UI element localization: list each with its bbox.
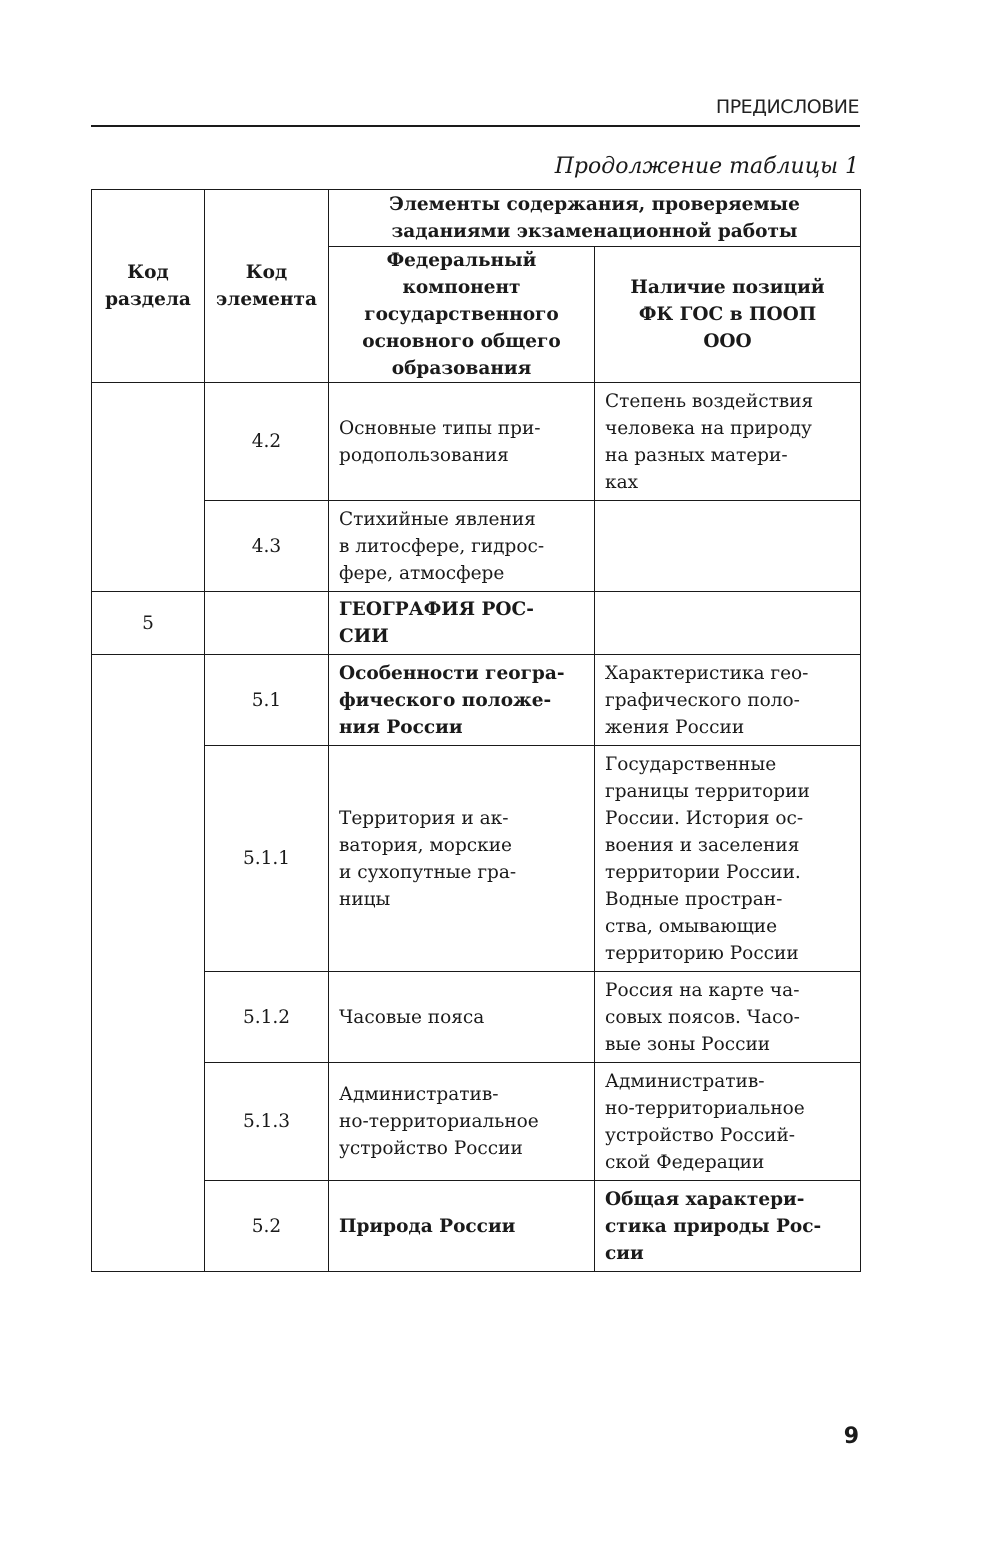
header-element-code: Код элемента: [205, 190, 329, 383]
table-row: 5.1.2 Часовые пояса Россия на карте ча- …: [92, 972, 861, 1063]
header-content-elements: Элементы содержания, проверяемые задания…: [329, 190, 861, 247]
section-code-cell: 5: [92, 592, 205, 655]
table-row: 5.1.3 Административ- но-территориальное …: [92, 1063, 861, 1181]
federal-cell: ГЕОГРАФИЯ РОС- СИИ: [329, 592, 595, 655]
federal-cell: Природа России: [329, 1181, 595, 1272]
poop-cell: [595, 501, 861, 592]
federal-cell: Особенности геогра- фического положе- ни…: [329, 655, 595, 746]
header-rule: [91, 125, 860, 127]
header-section-code: Код раздела: [92, 190, 205, 383]
element-code-cell: 5.1: [205, 655, 329, 746]
table-caption: Продолжение таблицы 1: [480, 154, 859, 179]
poop-cell: Административ- но-территориальное устрой…: [595, 1063, 861, 1181]
element-code-cell: 4.2: [205, 383, 329, 501]
federal-cell: Основные типы при- родопользования: [329, 383, 595, 501]
table-row: 4.2 Основные типы при- родопользования С…: [92, 383, 861, 501]
running-head: ПРЕДИСЛОВИЕ: [700, 96, 859, 118]
page-number: 9: [800, 1424, 859, 1449]
table-row: 5.1 Особенности геогра- фического положе…: [92, 655, 861, 746]
content-table: Код раздела Код элемента Элементы содерж…: [91, 189, 861, 1272]
element-code-cell: 5.1.3: [205, 1063, 329, 1181]
federal-cell: Территория и ак- ватория, морские и сухо…: [329, 746, 595, 972]
section-code-cell: [92, 383, 205, 592]
poop-cell: Характеристика гео- графического поло- ж…: [595, 655, 861, 746]
element-code-cell: 5.2: [205, 1181, 329, 1272]
table-row: 4.3 Стихийные явления в литосфере, гидро…: [92, 501, 861, 592]
federal-cell: Административ- но-территориальное устрой…: [329, 1063, 595, 1181]
poop-cell: Государственные границы территории Росси…: [595, 746, 861, 972]
poop-cell: Степень воздействия человека на природу …: [595, 383, 861, 501]
element-code-cell: [205, 592, 329, 655]
poop-cell: Общая характери- стика природы Рос- сии: [595, 1181, 861, 1272]
federal-cell: Стихийные явления в литосфере, гидрос- ф…: [329, 501, 595, 592]
section-code-cell: [92, 655, 205, 1272]
element-code-cell: 5.1.1: [205, 746, 329, 972]
poop-cell: Россия на карте ча- совых поясов. Часо- …: [595, 972, 861, 1063]
header-poop-positions: Наличие позиций ФК ГОС в ПООП ООО: [595, 247, 861, 383]
federal-cell: Часовые пояса: [329, 972, 595, 1063]
table-row: 5 ГЕОГРАФИЯ РОС- СИИ: [92, 592, 861, 655]
element-code-cell: 4.3: [205, 501, 329, 592]
table-row: 5.1.1 Территория и ак- ватория, морские …: [92, 746, 861, 972]
element-code-cell: 5.1.2: [205, 972, 329, 1063]
table-row: 5.2 Природа России Общая характери- стик…: [92, 1181, 861, 1272]
poop-cell: [595, 592, 861, 655]
header-federal-component: Федеральный компонент государственного о…: [329, 247, 595, 383]
